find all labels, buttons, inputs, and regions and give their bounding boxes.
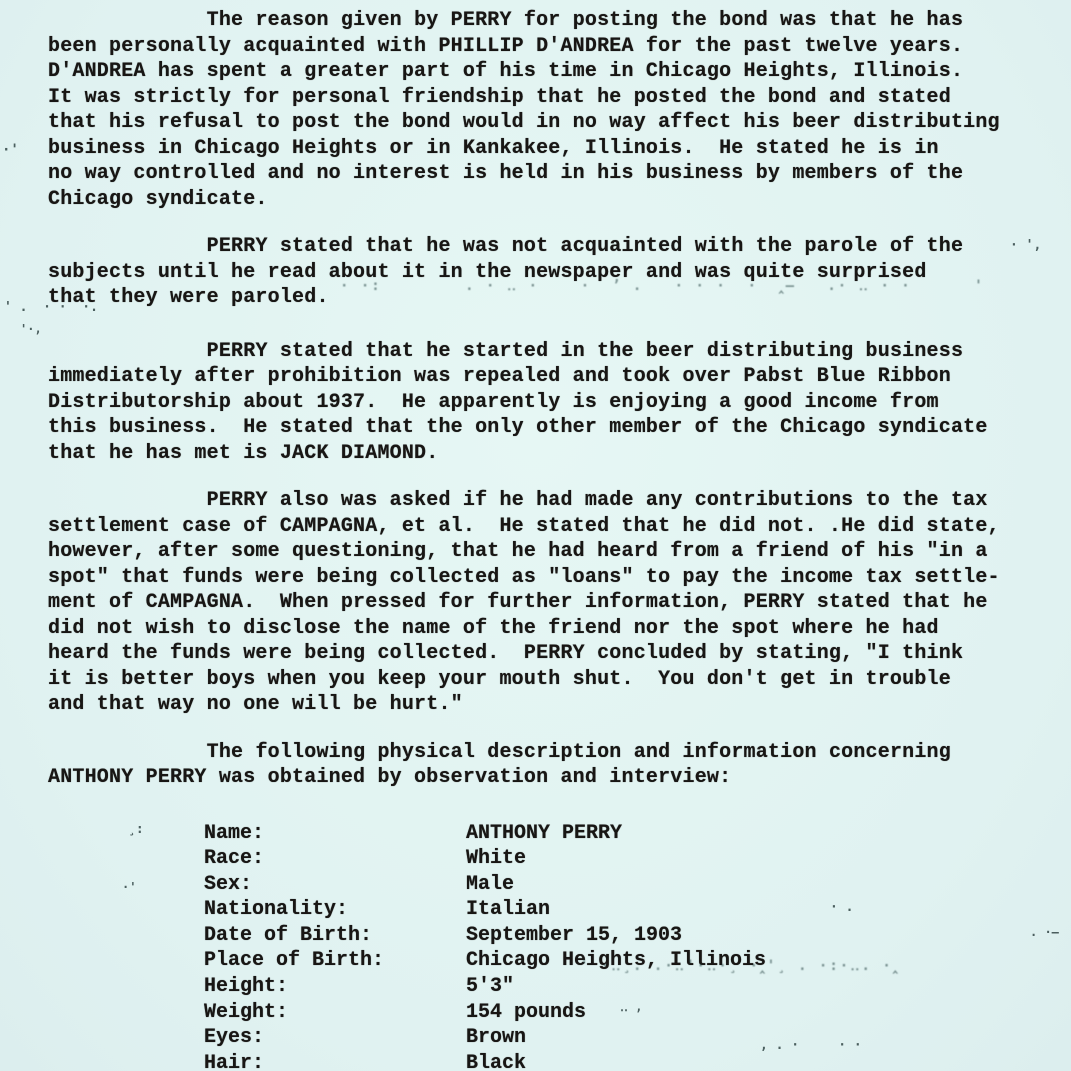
table-row-sex: Sex: Male bbox=[204, 872, 1041, 898]
field-value: Brown bbox=[466, 1025, 1041, 1051]
field-label: Sex: bbox=[204, 872, 466, 898]
paragraph-bond-reason: The reason given by PERRY for posting th… bbox=[48, 8, 1041, 212]
scan-speckle: ¸: bbox=[128, 822, 144, 837]
table-row-height: Height: 5'3" bbox=[204, 974, 1041, 1000]
field-label: Weight: bbox=[204, 1000, 466, 1026]
field-value: Chicago Heights, Illinois bbox=[466, 948, 1041, 974]
scan-speckle: ·' bbox=[122, 880, 136, 894]
scan-speckle: ·' bbox=[2, 142, 19, 158]
field-value: Italian bbox=[466, 897, 1041, 923]
table-row-place-of-birth: Place of Birth: Chicago Heights, Illinoi… bbox=[204, 948, 1041, 974]
paragraph-tax-settlement: PERRY also was asked if he had made any … bbox=[48, 488, 1041, 718]
table-row-weight: Weight: 154 pounds bbox=[204, 1000, 1041, 1026]
field-value: Male bbox=[466, 872, 1041, 898]
field-label: Name: bbox=[204, 821, 466, 847]
field-label: Height: bbox=[204, 974, 466, 1000]
physical-description-table: Name: ANTHONY PERRY Race: White Sex: Mal… bbox=[204, 821, 1041, 1071]
table-row-name: Name: ANTHONY PERRY bbox=[204, 821, 1041, 847]
paragraph-parole: PERRY stated that he was not acquainted … bbox=[48, 234, 1041, 311]
field-value: ANTHONY PERRY bbox=[466, 821, 1041, 847]
field-label: Place of Birth: bbox=[204, 948, 466, 974]
paragraph-description-intro: The following physical description and i… bbox=[48, 740, 1041, 791]
field-label: Nationality: bbox=[204, 897, 466, 923]
field-label: Hair: bbox=[204, 1051, 466, 1071]
paragraph-beer-business: PERRY stated that he started in the beer… bbox=[48, 339, 1041, 467]
field-label: Date of Birth: bbox=[204, 923, 466, 949]
field-value: 5'3" bbox=[466, 974, 1041, 1000]
table-row-nationality: Nationality: Italian bbox=[204, 897, 1041, 923]
field-label: Eyes: bbox=[204, 1025, 466, 1051]
table-row-date-of-birth: Date of Birth: September 15, 1903 bbox=[204, 923, 1041, 949]
table-row-race: Race: White bbox=[204, 846, 1041, 872]
field-label: Race: bbox=[204, 846, 466, 872]
field-value: White bbox=[466, 846, 1041, 872]
field-value: September 15, 1903 bbox=[466, 923, 1041, 949]
field-value: Black bbox=[466, 1051, 1041, 1071]
document-page: The reason given by PERRY for posting th… bbox=[0, 0, 1071, 1071]
scan-speckle: '·, bbox=[20, 322, 42, 336]
table-row-eyes: Eyes: Brown bbox=[204, 1025, 1041, 1051]
field-value: 154 pounds bbox=[466, 1000, 1041, 1026]
table-row-hair: Hair: Black bbox=[204, 1051, 1041, 1071]
